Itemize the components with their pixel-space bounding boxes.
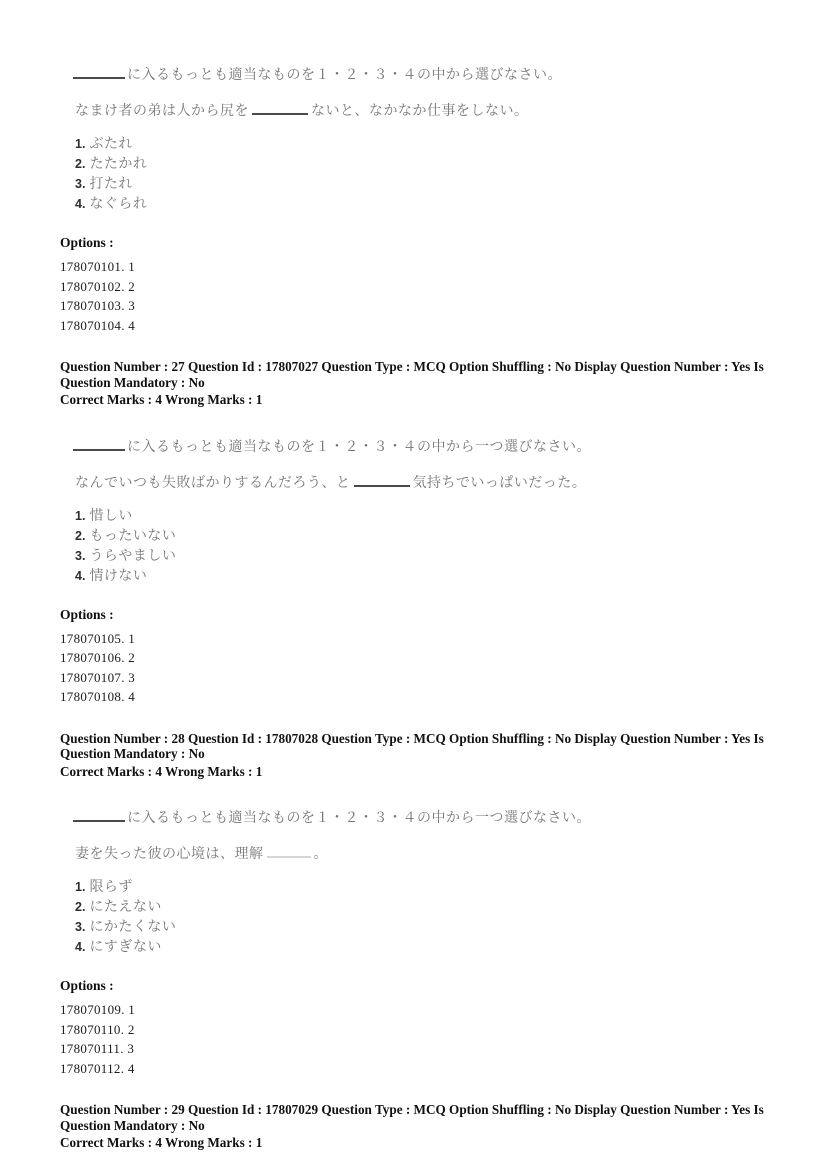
sentence-post: 気持ちでいっぱいだった。 bbox=[413, 475, 587, 491]
question-instruction: に入るもっとも適当なものを１・２・３・４の中から一つ選びなさい。 bbox=[73, 807, 768, 826]
question-27-header: Question Number : 27 Question Id : 17807… bbox=[60, 359, 768, 408]
instruction-text: に入るもっとも適当なものを１・２・３・４の中から一つ選びなさい。 bbox=[127, 439, 591, 455]
options-heading: Options : bbox=[60, 607, 768, 623]
option-id: 178070108. 4 bbox=[60, 687, 768, 707]
question-instruction: に入るもっとも適当なものを１・２・３・４の中から一つ選びなさい。 bbox=[73, 436, 768, 455]
choice-number: 1. bbox=[75, 880, 85, 894]
choice-number: 2. bbox=[75, 157, 85, 171]
sentence-pre: なまけ者の弟は人から尻を bbox=[75, 103, 249, 119]
choice-text: 惜しい bbox=[89, 508, 133, 524]
exam-question-paper-page: に入るもっとも適当なものを１・２・３・４の中から選びなさい。 なまけ者の弟は人か… bbox=[0, 0, 826, 1169]
blank-underline bbox=[354, 472, 410, 487]
question-instruction: に入るもっとも適当なものを１・２・３・４の中から選びなさい。 bbox=[73, 64, 768, 83]
option-id: 178070107. 3 bbox=[60, 668, 768, 688]
question-sentence: なんでいつも失敗ばかりするんだろう、と気持ちでいっぱいだった。 bbox=[75, 472, 768, 491]
choice-number: 1. bbox=[75, 509, 85, 523]
question-meta: Question Mandatory : No bbox=[60, 1118, 768, 1134]
choice-text: にすぎない bbox=[89, 939, 162, 955]
question-block-26: に入るもっとも適当なものを１・２・３・４の中から選びなさい。 なまけ者の弟は人か… bbox=[60, 64, 768, 335]
choice-item: 4.にすぎない bbox=[75, 937, 768, 957]
option-id: 178070111. 3 bbox=[60, 1039, 768, 1059]
blank-underline bbox=[73, 436, 125, 451]
option-id: 178070104. 4 bbox=[60, 316, 768, 336]
question-block-27: に入るもっとも適当なものを１・２・３・４の中から一つ選びなさい。 なんでいつも失… bbox=[60, 436, 768, 707]
question-marks: Correct Marks : 4 Wrong Marks : 1 bbox=[60, 1135, 768, 1151]
choice-text: 限らず bbox=[89, 879, 133, 895]
choice-text: たたかれ bbox=[89, 156, 147, 172]
choice-item: 3.打たれ bbox=[75, 174, 768, 194]
option-id: 178070101. 1 bbox=[60, 257, 768, 277]
choice-item: 1.限らず bbox=[75, 877, 768, 897]
instruction-text: に入るもっとも適当なものを１・２・３・４の中から選びなさい。 bbox=[127, 67, 562, 83]
question-marks: Correct Marks : 4 Wrong Marks : 1 bbox=[60, 764, 768, 780]
question-sentence: 妻を失った彼の心境は、理解。 bbox=[75, 843, 768, 862]
option-id: 178070112. 4 bbox=[60, 1059, 768, 1079]
choice-text: にかたくない bbox=[89, 919, 176, 935]
choice-number: 4. bbox=[75, 569, 85, 583]
choice-number: 3. bbox=[75, 549, 85, 563]
choice-text: なぐられ bbox=[89, 196, 147, 212]
question-sentence: なまけ者の弟は人から尻をないと、なかなか仕事をしない。 bbox=[75, 100, 768, 119]
question-meta: Question Number : 29 Question Id : 17807… bbox=[60, 1102, 768, 1118]
choice-number: 2. bbox=[75, 529, 85, 543]
blank-underline bbox=[73, 64, 125, 79]
question-28-header: Question Number : 28 Question Id : 17807… bbox=[60, 731, 768, 780]
question-29-header: Question Number : 29 Question Id : 17807… bbox=[60, 1102, 768, 1151]
choice-item: 1.ぶたれ bbox=[75, 134, 768, 154]
choice-item: 3.にかたくない bbox=[75, 917, 768, 937]
choice-text: ぶたれ bbox=[89, 136, 133, 152]
choice-item: 1.惜しい bbox=[75, 506, 768, 526]
choice-number: 4. bbox=[75, 940, 85, 954]
option-id: 178070103. 3 bbox=[60, 296, 768, 316]
question-block-28: に入るもっとも適当なものを１・２・３・４の中から一つ選びなさい。 妻を失った彼の… bbox=[60, 807, 768, 1078]
choice-list: 1.惜しい 2.もったいない 3.うらやましい 4.情けない bbox=[75, 506, 768, 586]
option-id: 178070105. 1 bbox=[60, 629, 768, 649]
choice-item: 3.うらやましい bbox=[75, 546, 768, 566]
choice-item: 2.たたかれ bbox=[75, 154, 768, 174]
blank-underline bbox=[252, 100, 308, 115]
option-id: 178070109. 1 bbox=[60, 1000, 768, 1020]
question-meta: Question Mandatory : No bbox=[60, 375, 768, 391]
choice-number: 2. bbox=[75, 900, 85, 914]
choice-number: 4. bbox=[75, 197, 85, 211]
sentence-post: ないと、なかなか仕事をしない。 bbox=[311, 103, 529, 119]
blank-underline-light bbox=[267, 843, 311, 858]
options-heading: Options : bbox=[60, 235, 768, 251]
choice-list: 1.限らず 2.にたえない 3.にかたくない 4.にすぎない bbox=[75, 877, 768, 957]
choice-number: 3. bbox=[75, 177, 85, 191]
choice-item: 4.情けない bbox=[75, 566, 768, 586]
choice-text: 情けない bbox=[89, 568, 147, 584]
instruction-text: に入るもっとも適当なものを１・２・３・４の中から一つ選びなさい。 bbox=[127, 810, 591, 826]
sentence-pre: 妻を失った彼の心境は、理解 bbox=[75, 846, 264, 862]
choice-item: 4.なぐられ bbox=[75, 194, 768, 214]
option-id: 178070102. 2 bbox=[60, 277, 768, 297]
question-meta: Question Number : 27 Question Id : 17807… bbox=[60, 359, 768, 375]
choice-number: 3. bbox=[75, 920, 85, 934]
question-meta: Question Number : 28 Question Id : 17807… bbox=[60, 731, 768, 747]
sentence-post: 。 bbox=[314, 846, 329, 862]
blank-underline bbox=[73, 807, 125, 822]
choice-text: 打たれ bbox=[89, 176, 133, 192]
option-id: 178070110. 2 bbox=[60, 1020, 768, 1040]
choice-text: にたえない bbox=[89, 899, 162, 915]
choice-text: うらやましい bbox=[89, 548, 176, 564]
choice-item: 2.にたえない bbox=[75, 897, 768, 917]
question-meta: Question Mandatory : No bbox=[60, 746, 768, 762]
choice-text: もったいない bbox=[89, 528, 176, 544]
options-heading: Options : bbox=[60, 978, 768, 994]
sentence-pre: なんでいつも失敗ばかりするんだろう、と bbox=[75, 475, 351, 491]
choice-item: 2.もったいない bbox=[75, 526, 768, 546]
choice-number: 1. bbox=[75, 137, 85, 151]
question-marks: Correct Marks : 4 Wrong Marks : 1 bbox=[60, 392, 768, 408]
option-id: 178070106. 2 bbox=[60, 648, 768, 668]
choice-list: 1.ぶたれ 2.たたかれ 3.打たれ 4.なぐられ bbox=[75, 134, 768, 214]
